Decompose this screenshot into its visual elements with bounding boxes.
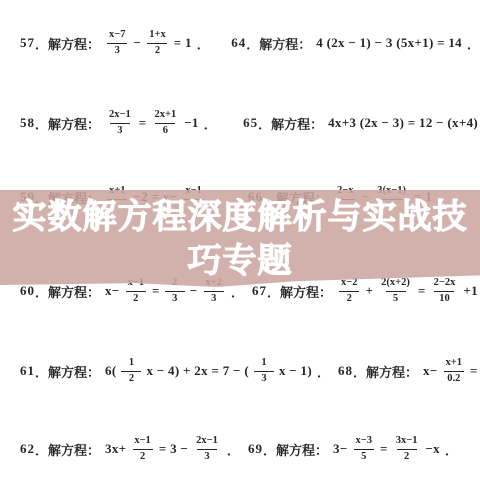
problem-label: ．解方程：: [35, 34, 100, 53]
equation-tail: ．: [204, 114, 217, 133]
problem-row-1: 57．解方程：x−73−1+x2= 1． 64．解方程：4 (2x − 1) −…: [0, 26, 480, 60]
equation-text: 3x+: [105, 441, 126, 457]
fraction-denominator: 3: [197, 449, 217, 464]
fraction-denominator: 6: [155, 123, 175, 138]
problem-label: ．解方程：: [35, 440, 100, 459]
banner-title: 实数解方程深度解析与实战技 巧专题: [13, 195, 468, 283]
equation-tail: ．: [197, 34, 210, 53]
problem-number: 68: [338, 363, 353, 379]
problem-number: 64: [231, 35, 246, 51]
equation-text: −x: [425, 441, 440, 457]
equation-text: x−: [423, 363, 438, 379]
equation-text: = 1: [174, 35, 192, 51]
equation-text: = 3 −: [159, 441, 188, 457]
fraction-numerator: 2x−1: [106, 109, 134, 123]
problem-62: 62．解方程：3x+x−12= 3 −2x−13．: [0, 432, 240, 466]
equation-text: =: [380, 441, 388, 457]
fraction-denominator: 2: [121, 371, 141, 386]
equation-fraction: 1+x2: [146, 29, 168, 57]
problem-label: ．解方程：: [267, 282, 332, 301]
problem-57: 57．解方程：x−73−1+x2= 1．: [0, 26, 223, 60]
fraction-denominator: 3: [165, 291, 185, 306]
equation-text: −1: [184, 115, 199, 131]
equation-fraction: 3x−12: [393, 435, 421, 463]
fraction-numerator: 3x−1: [393, 435, 421, 449]
fraction-denominator: 5: [386, 291, 406, 306]
banner-title-line2: 巧专题: [188, 242, 293, 280]
fraction-denominator: 3: [107, 43, 127, 58]
fraction-denominator: 10: [434, 291, 454, 306]
equation-text: x − 1): [279, 363, 312, 379]
equation-fraction: x−22: [338, 277, 360, 305]
fraction-numerator: x−7: [106, 29, 128, 43]
equation-text: x − 4) + 2x = 7 − (: [146, 363, 249, 379]
fraction-numerator: 2x+1: [151, 109, 179, 123]
equation-fraction: 2x+16: [151, 109, 179, 137]
fraction-denominator: 0.2: [444, 371, 464, 386]
equation-text: =: [470, 363, 478, 379]
problem-label: ．解方程：: [35, 114, 100, 133]
fraction-denominator: 3: [204, 291, 224, 306]
problem-label: ．解方程：: [263, 440, 328, 459]
fraction-denominator: 5: [354, 449, 374, 464]
problem-label: ．解方程：: [246, 34, 311, 53]
equation-tail: ．: [445, 440, 458, 459]
equation-text: =: [418, 283, 426, 299]
fraction-numerator: 2x−1: [193, 435, 221, 449]
problem-number: 62: [20, 441, 35, 457]
equation-fraction: 13: [254, 357, 274, 385]
problem-number: 57: [20, 35, 35, 51]
problem-number: 61: [20, 363, 35, 379]
problem-69: 69．解方程：3−x−35=3x−12−x．: [240, 432, 480, 466]
problem-58: 58．解方程：2x−13=2x+16−1．: [0, 106, 235, 140]
problem-number: 69: [248, 441, 263, 457]
fraction-numerator: x−3: [353, 435, 375, 449]
problem-label: ．解方程：: [35, 362, 100, 381]
fraction-denominator: 2: [339, 291, 359, 306]
fraction-denominator: 2: [126, 291, 146, 306]
banner-title-line1: 实数解方程深度解析与实战技: [13, 198, 468, 236]
equation-text: =: [152, 283, 160, 299]
equation-fraction: x+10.2: [443, 357, 465, 385]
problem-number: 60: [20, 283, 35, 299]
equation-tail: ．: [467, 34, 480, 53]
equation-text: 3−: [333, 441, 348, 457]
problem-row-2: 58．解方程：2x−13=2x+16−1． 65．解方程：4x+3 (2x − …: [0, 106, 480, 140]
problem-61: 61．解方程：6(12x − 4) + 2x = 7 − (13x − 1)．: [0, 354, 330, 388]
equation-fraction: 2x−13: [193, 435, 221, 463]
fraction-numerator: 1+x: [146, 29, 168, 43]
fraction-numerator: 2−2x: [431, 277, 459, 291]
equation-fraction: x−73: [106, 29, 128, 57]
equation-tail: ．: [227, 440, 240, 459]
problem-row-5: 61．解方程：6(12x − 4) + 2x = 7 − (13x − 1)． …: [0, 354, 480, 388]
equation-fraction: x−12: [131, 435, 153, 463]
fraction-denominator: 3: [254, 371, 274, 386]
worksheet-page: 57．解方程：x−73−1+x2= 1． 64．解方程：4 (2x − 1) −…: [0, 0, 480, 480]
equation-tail: ．: [317, 362, 330, 381]
equation-text: −: [134, 35, 142, 51]
problem-label: ．解方程：: [258, 114, 323, 133]
fraction-denominator: 2: [133, 449, 153, 464]
fraction-denominator: 2: [397, 449, 417, 464]
equation-fraction: 12: [121, 357, 141, 385]
problem-number: 65: [243, 115, 258, 131]
equation-text: +1: [463, 283, 478, 299]
fraction-numerator: 1: [258, 357, 269, 371]
fraction-numerator: x−1: [131, 435, 153, 449]
problem-68: 68．解方程：x−x+10.2=x0.5．: [330, 354, 480, 388]
equation-text: =: [139, 115, 147, 131]
equation-fraction: x−35: [353, 435, 375, 463]
equation-text: x−: [105, 283, 120, 299]
problem-number: 67: [252, 283, 267, 299]
problem-row-6: 62．解方程：3x+x−12= 3 −2x−13． 69．解方程：3−x−35=…: [0, 432, 480, 466]
equation-text: +: [365, 283, 373, 299]
equation-fraction: 2−2x10: [431, 277, 459, 305]
fraction-numerator: 1: [126, 357, 137, 371]
fraction-denominator: 3: [110, 123, 130, 138]
equation-text: 6(: [105, 363, 116, 379]
title-banner-overlay: 实数解方程深度解析与实战技 巧专题: [0, 190, 480, 287]
problem-65: 65．解方程：4x+3 (2x − 3) = 12 − (x+4): [235, 106, 480, 140]
problem-label: ．解方程：: [353, 362, 418, 381]
equation-text: 4x+3 (2x − 3) = 12 − (x+4): [328, 115, 478, 131]
equation-text: 4 (2x − 1) − 3 (5x+1) = 14: [316, 35, 462, 51]
fraction-numerator: 2(x+2): [378, 277, 413, 291]
fraction-numerator: x+1: [443, 357, 465, 371]
problem-number: 58: [20, 115, 35, 131]
equation-fraction: 2(x+2)5: [378, 277, 413, 305]
problem-64: 64．解方程：4 (2x − 1) − 3 (5x+1) = 14．: [223, 26, 480, 60]
fraction-denominator: 2: [147, 43, 167, 58]
equation-fraction: 2x−13: [106, 109, 134, 137]
